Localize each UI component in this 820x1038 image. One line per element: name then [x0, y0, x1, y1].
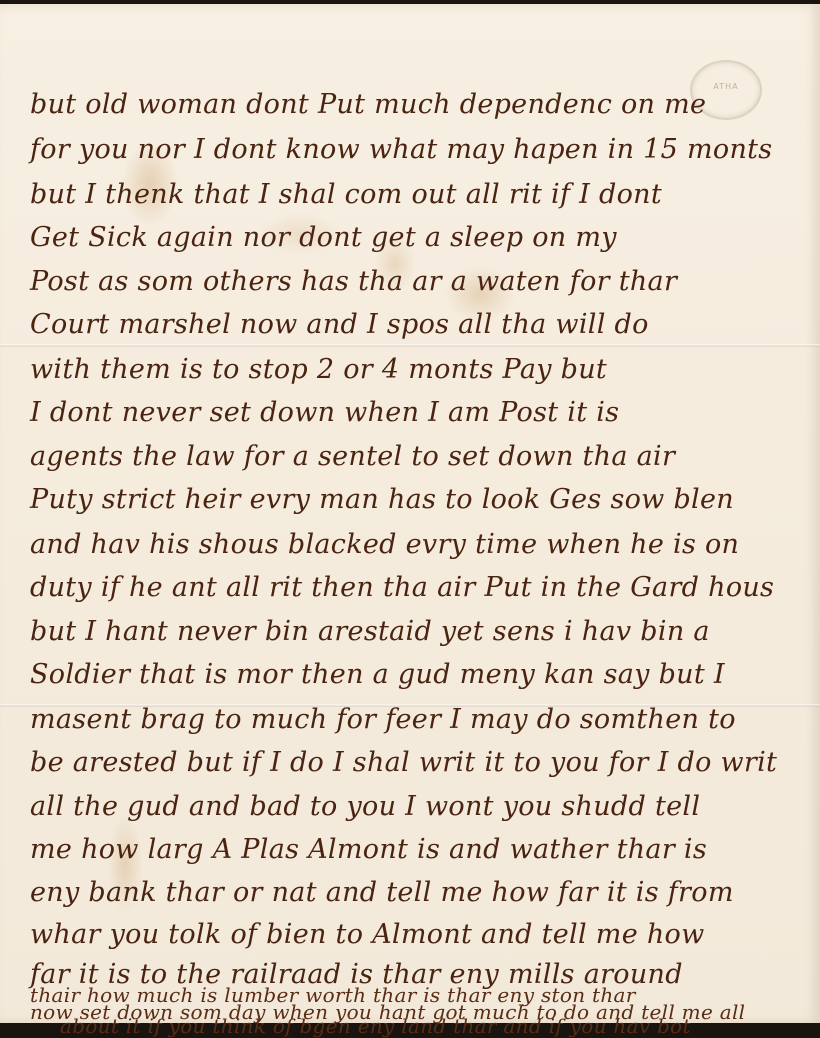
faded-header-notation: Manuscript notation (illegible, faded)	[240, 29, 658, 83]
paper-fold-line	[0, 344, 820, 347]
letter-line: for you nor I dont know what may hapen i…	[30, 134, 772, 165]
letter-line: and hav his shous blacked evry time when…	[30, 529, 739, 560]
letter-line: be arested but if I do I shal writ it to…	[30, 747, 777, 778]
letter-line: agents the law for a sentel to set down …	[30, 441, 675, 472]
letter-line: but I thenk that I shal com out all rit …	[30, 179, 662, 210]
letter-line: but I hant never bin arestaid yet sens i…	[30, 616, 710, 647]
letter-page: Manuscript notation (illegible, faded) A…	[0, 4, 820, 1023]
letter-line: Get Sick again nor dont get a sleep on m…	[30, 222, 617, 253]
letter-line: Court marshel now and I spos all tha wil…	[30, 309, 649, 340]
letter-line: all the gud and bad to you I wont you sh…	[30, 791, 700, 822]
letter-line: masent brag to much for feer I may do so…	[30, 704, 736, 735]
letter-line: with them is to stop 2 or 4 monts Pay bu…	[30, 354, 607, 385]
letter-line: me how larg A Plas Almont is and wather …	[30, 834, 707, 865]
letter-line: duty if he ant all rit then tha air Put …	[30, 572, 774, 603]
letter-line: eny bank thar or nat and tell me how far…	[30, 877, 734, 908]
letter-line: I dont never set down when I am Post it …	[30, 397, 619, 428]
letter-line: but old woman dont Put much dependenc on…	[30, 89, 706, 120]
letter-line: Post as som others has tha ar a waten fo…	[30, 266, 677, 297]
letter-line: whar you tolk of bien to Almont and tell…	[30, 919, 705, 950]
letter-line: about it if you think of bgen eny land t…	[60, 1014, 691, 1023]
letter-line: Puty strict heir evry man has to look Ge…	[30, 484, 734, 515]
letter-line: Soldier that is mor then a gud meny kan …	[30, 659, 725, 690]
